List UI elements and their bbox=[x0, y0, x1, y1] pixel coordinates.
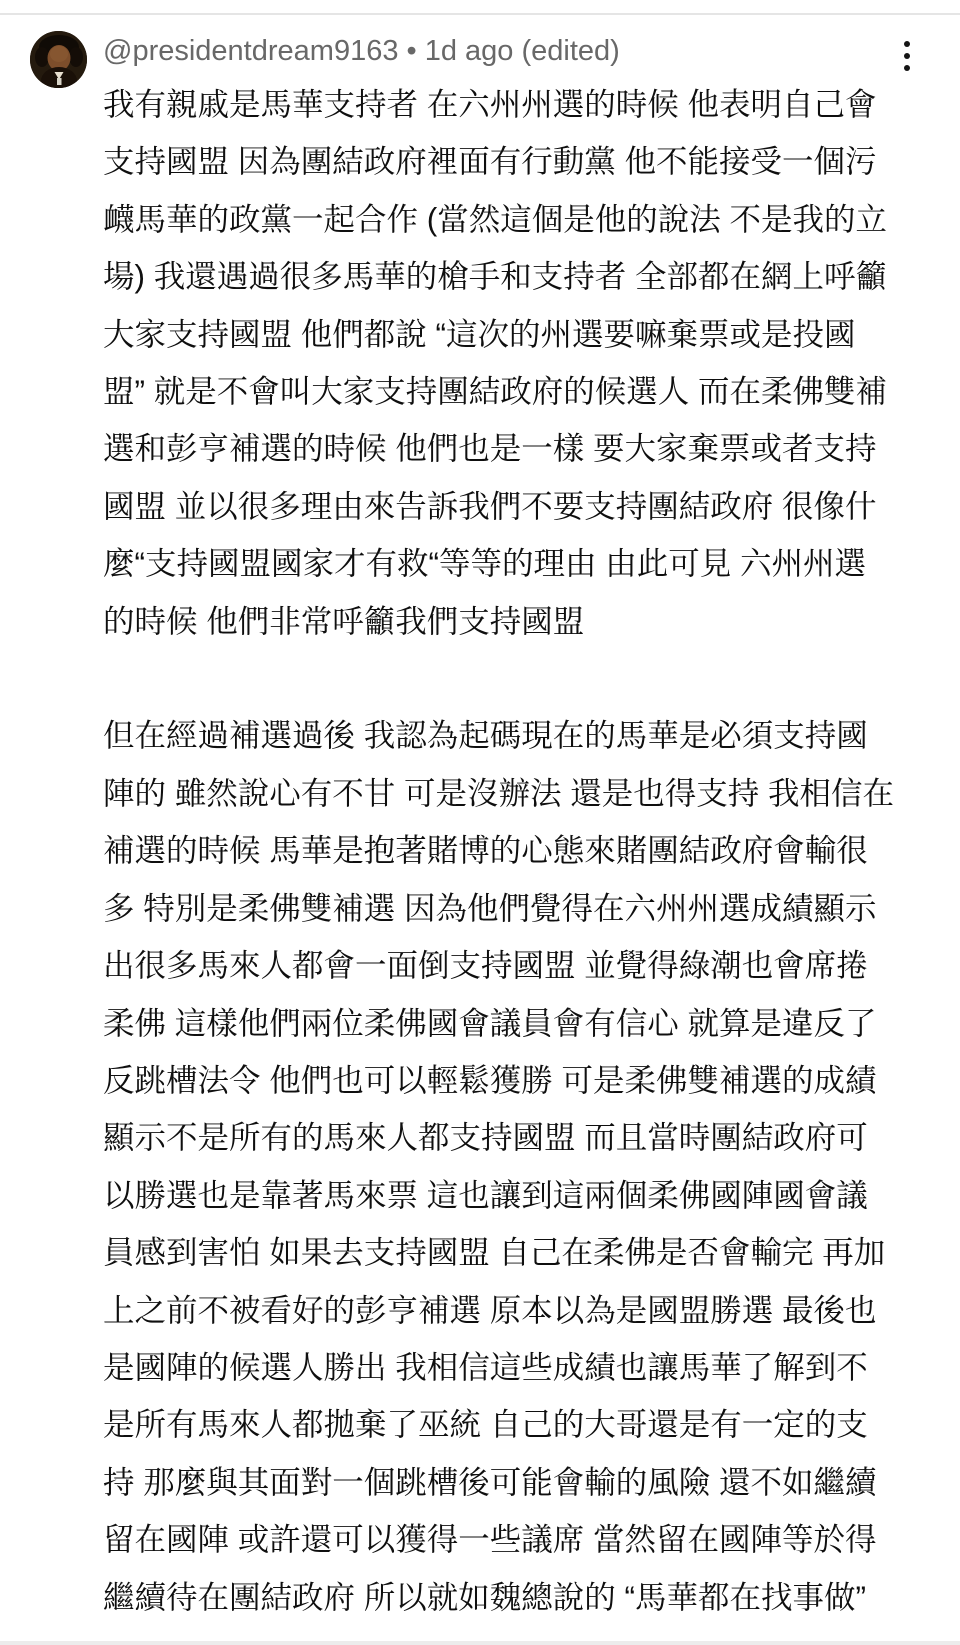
comment-text-line: 盟” 就是不會叫大家支持團結政府的候選人 而在柔佛雙補 bbox=[103, 363, 903, 420]
comment-text-line: 陣的 雖然說心有不甘 可是沒辦法 還是也得支持 我相信在 bbox=[103, 765, 903, 822]
comment-text-line: 是所有馬來人都拋棄了巫統 自己的大哥還是有一定的支 bbox=[103, 1396, 903, 1453]
vertical-ellipsis-icon bbox=[904, 65, 910, 71]
comment-text-line: 出很多馬來人都會一面倒支持國盟 並覺得綠潮也會席捲 bbox=[103, 937, 903, 994]
comment-text-line: 持 那麼與其面對一個跳槽後可能會輸的風險 還不如繼續 bbox=[103, 1454, 903, 1511]
comment-text-line: 的時候 他們非常呼籲我們支持國盟 bbox=[103, 593, 903, 650]
comment-text-line: 反跳槽法令 他們也可以輕鬆獲勝 可是柔佛雙補選的成績 bbox=[103, 1052, 903, 1109]
avatar[interactable] bbox=[30, 31, 87, 88]
comment-text-line: 留在國陣 或許還可以獲得一些議席 當然留在國陣等於得 bbox=[103, 1511, 903, 1568]
comment-text-line: 多 特別是柔佛雙補選 因為他們覺得在六州州選成績顯示 bbox=[103, 880, 903, 937]
comment-text-line: 場) 我還遇過很多馬華的槍手和支持者 全部都在網上呼籲 bbox=[103, 248, 903, 305]
comment-text-line: 選和彭亨補選的時候 他們也是一樣 要大家棄票或者支持 bbox=[103, 420, 903, 477]
vertical-ellipsis-icon bbox=[904, 41, 910, 47]
comment-text-line: 員感到害怕 如果去支持國盟 自己在柔佛是否會輸完 再加 bbox=[103, 1224, 903, 1281]
comment-text-line: 柔佛 這樣他們兩位柔佛國會議員會有信心 就算是違反了 bbox=[103, 995, 903, 1052]
comment-text-line: 國盟 並以很多理由來告訴我們不要支持團結政府 很像什 bbox=[103, 478, 903, 535]
comment-header: @presidentdream9163 • 1d ago (edited) bbox=[103, 33, 620, 69]
portrait-avatar-image bbox=[30, 31, 87, 88]
header-separator-dot: • bbox=[407, 35, 417, 67]
comment-text-line: 顯示不是所有的馬來人都支持國盟 而且當時團結政府可 bbox=[103, 1109, 903, 1166]
comment-author-handle[interactable]: @presidentdream9163 bbox=[103, 35, 398, 67]
comment-text-line: 繼續待在團結政府 所以就如魏總說的 “馬華都在找事做” bbox=[103, 1569, 903, 1626]
comment-body: 我有親戚是馬華支持者 在六州州選的時候 他表明自己會支持國盟 因為團結政府裡面有… bbox=[103, 76, 903, 1626]
comment-text-line: 我有親戚是馬華支持者 在六州州選的時候 他表明自己會 bbox=[103, 76, 903, 133]
comment-text-line: 是國陣的候選人勝出 我相信這些成績也讓馬華了解到不 bbox=[103, 1339, 903, 1396]
comment-text-line: 上之前不被看好的彭亨補選 原本以為是國盟勝選 最後也 bbox=[103, 1282, 903, 1339]
comment-page: @presidentdream9163 • 1d ago (edited) 我有… bbox=[0, 0, 960, 1645]
comment-text-line: 但在經過補選過後 我認為起碼現在的馬華是必須支持國 bbox=[103, 707, 903, 764]
comment-text-line: 支持國盟 因為團結政府裡面有行動黨 他不能接受一個污 bbox=[103, 133, 903, 190]
comment-text-line: 衊馬華的政黨一起合作 (當然這個是他的說法 不是我的立 bbox=[103, 191, 903, 248]
top-divider bbox=[0, 13, 960, 15]
comment-timestamp[interactable]: 1d ago bbox=[425, 35, 514, 67]
comment-text-line: 以勝選也是靠著馬來票 這也讓到這兩個柔佛國陣國會議 bbox=[103, 1167, 903, 1224]
bottom-divider bbox=[0, 1641, 960, 1645]
comment-text-line bbox=[103, 650, 903, 707]
comment-text-line: 補選的時候 馬華是抱著賭博的心態來賭團結政府會輸很 bbox=[103, 822, 903, 879]
vertical-ellipsis-icon bbox=[904, 53, 910, 59]
comment-edited-label: (edited) bbox=[522, 35, 620, 67]
comment-text-line: 麼“支持國盟國家才有救“等等的理由 由此可見 六州州選 bbox=[103, 535, 903, 592]
comment-text-line: 大家支持國盟 他們都說 “這次的州選要嘛棄票或是投國 bbox=[103, 306, 903, 363]
